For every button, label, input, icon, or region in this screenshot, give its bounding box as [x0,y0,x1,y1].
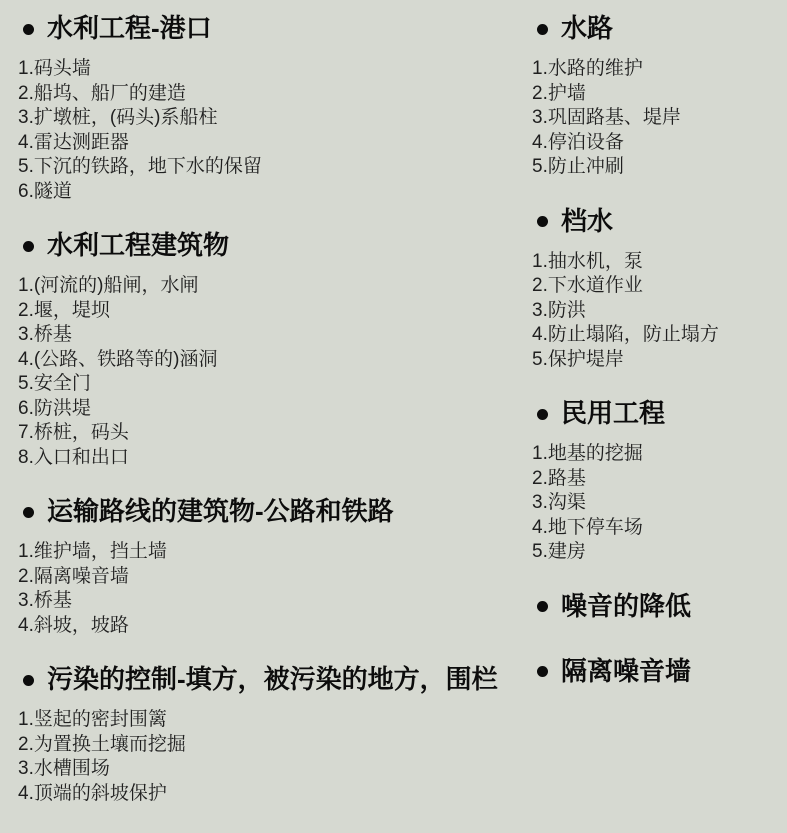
item-list: 1.码头墙2.船坞、船厂的建造3.扩墩桩，(码头)系船柱4.雷达测距器5.下沉的… [18,57,523,204]
list-item: 1.抽水机，泵 [532,250,784,275]
bullet-icon [537,216,548,227]
list-item: 3.沟渠 [532,491,784,516]
list-item: 1.地基的挖掘 [532,442,784,467]
section-heading: 档水 [532,207,784,235]
item-list: 1.竖起的密封围篱2.为置换土壤而挖掘3.水槽围场4.顶端的斜坡保护 [18,708,523,806]
bullet-icon [537,601,548,612]
item-list: 1.地基的挖掘2.路基3.沟渠4.地下停车场5.建房 [532,442,784,565]
column-right: 水路1.水路的维护2.护墙3.巩固路基、堤岸4.停泊设备5.防止冲刷档水1.抽水… [532,0,784,685]
section-heading: 运输路线的建筑物-公路和铁路 [18,497,523,525]
list-item: 2.船坞、船厂的建造 [18,82,523,107]
list-item: 1.(河流的)船闸，水闸 [18,274,523,299]
list-item: 7.桥桩，码头 [18,421,523,446]
list-item: 4.地下停车场 [532,516,784,541]
list-item: 2.护墙 [532,82,784,107]
section-heading: 水利工程-港口 [18,14,523,42]
list-item: 4.(公路、铁路等的)涵洞 [18,348,523,373]
list-item: 5.建房 [532,540,784,565]
column-left: 水利工程-港口1.码头墙2.船坞、船厂的建造3.扩墩桩，(码头)系船柱4.雷达测… [18,0,523,806]
section-title: 水路 [561,14,613,42]
section: 档水1.抽水机，泵2.下水道作业3.防洪4.防止塌陷，防止塌方5.保护堤岸 [532,207,784,373]
section-title: 噪音的降低 [561,592,691,620]
item-list: 1.水路的维护2.护墙3.巩固路基、堤岸4.停泊设备5.防止冲刷 [532,57,784,180]
list-item: 4.停泊设备 [532,131,784,156]
list-item: 1.竖起的密封围篱 [18,708,523,733]
list-item: 6.防洪堤 [18,397,523,422]
list-item: 2.路基 [532,467,784,492]
slide: 水利工程-港口1.码头墙2.船坞、船厂的建造3.扩墩桩，(码头)系船柱4.雷达测… [0,0,787,833]
bullet-icon [23,675,34,686]
list-item: 2.为置换土壤而挖掘 [18,733,523,758]
item-list: 1.(河流的)船闸，水闸2.堰，堤坝3.桥基4.(公路、铁路等的)涵洞5.安全门… [18,274,523,470]
item-list: 1.维护墙，挡土墙2.隔离噪音墙3.桥基4.斜坡，坡路 [18,540,523,638]
list-item: 5.保护堤岸 [532,348,784,373]
section: 民用工程1.地基的挖掘2.路基3.沟渠4.地下停车场5.建房 [532,399,784,565]
bullet-icon [23,24,34,35]
list-item: 1.码头墙 [18,57,523,82]
list-item: 1.水路的维护 [532,57,784,82]
bullet-icon [537,666,548,677]
list-item: 3.桥基 [18,323,523,348]
list-item: 3.扩墩桩，(码头)系船柱 [18,106,523,131]
list-item: 3.桥基 [18,589,523,614]
bullet-icon [23,241,34,252]
list-item: 3.巩固路基、堤岸 [532,106,784,131]
section-title: 水利工程建筑物 [47,231,229,259]
list-item: 8.入口和出口 [18,446,523,471]
section: 运输路线的建筑物-公路和铁路1.维护墙，挡土墙2.隔离噪音墙3.桥基4.斜坡，坡… [18,497,523,638]
list-item: 3.水槽围场 [18,757,523,782]
section: 水路1.水路的维护2.护墙3.巩固路基、堤岸4.停泊设备5.防止冲刷 [532,14,784,180]
section-heading: 民用工程 [532,399,784,427]
section: 水利工程-港口1.码头墙2.船坞、船厂的建造3.扩墩桩，(码头)系船柱4.雷达测… [18,14,523,204]
list-item: 6.隧道 [18,180,523,205]
list-item: 2.下水道作业 [532,274,784,299]
list-item: 1.维护墙，挡土墙 [18,540,523,565]
list-item: 2.堰，堤坝 [18,299,523,324]
section-title: 档水 [561,207,613,235]
section-title: 隔离噪音墙 [561,657,691,685]
section-heading: 隔离噪音墙 [532,657,784,685]
section: 水利工程建筑物1.(河流的)船闸，水闸2.堰，堤坝3.桥基4.(公路、铁路等的)… [18,231,523,470]
section: 隔离噪音墙 [532,657,784,685]
list-item: 5.下沉的铁路，地下水的保留 [18,155,523,180]
section-heading: 水利工程建筑物 [18,231,523,259]
list-item: 4.顶端的斜坡保护 [18,782,523,807]
bullet-icon [537,24,548,35]
bullet-icon [537,409,548,420]
section-heading: 噪音的降低 [532,592,784,620]
section-heading: 污染的控制-填方，被污染的地方，围栏 [18,665,523,693]
section-title: 污染的控制-填方，被污染的地方，围栏 [47,665,498,693]
section-title: 水利工程-港口 [47,14,212,42]
list-item: 4.雷达测距器 [18,131,523,156]
section-heading: 水路 [532,14,784,42]
list-item: 2.隔离噪音墙 [18,565,523,590]
section-title: 民用工程 [561,399,665,427]
section: 污染的控制-填方，被污染的地方，围栏1.竖起的密封围篱2.为置换土壤而挖掘3.水… [18,665,523,806]
list-item: 4.斜坡，坡路 [18,614,523,639]
list-item: 4.防止塌陷，防止塌方 [532,323,784,348]
list-item: 5.安全门 [18,372,523,397]
item-list: 1.抽水机，泵2.下水道作业3.防洪4.防止塌陷，防止塌方5.保护堤岸 [532,250,784,373]
bullet-icon [23,507,34,518]
section-title: 运输路线的建筑物-公路和铁路 [47,497,394,525]
section: 噪音的降低 [532,592,784,620]
list-item: 3.防洪 [532,299,784,324]
list-item: 5.防止冲刷 [532,155,784,180]
